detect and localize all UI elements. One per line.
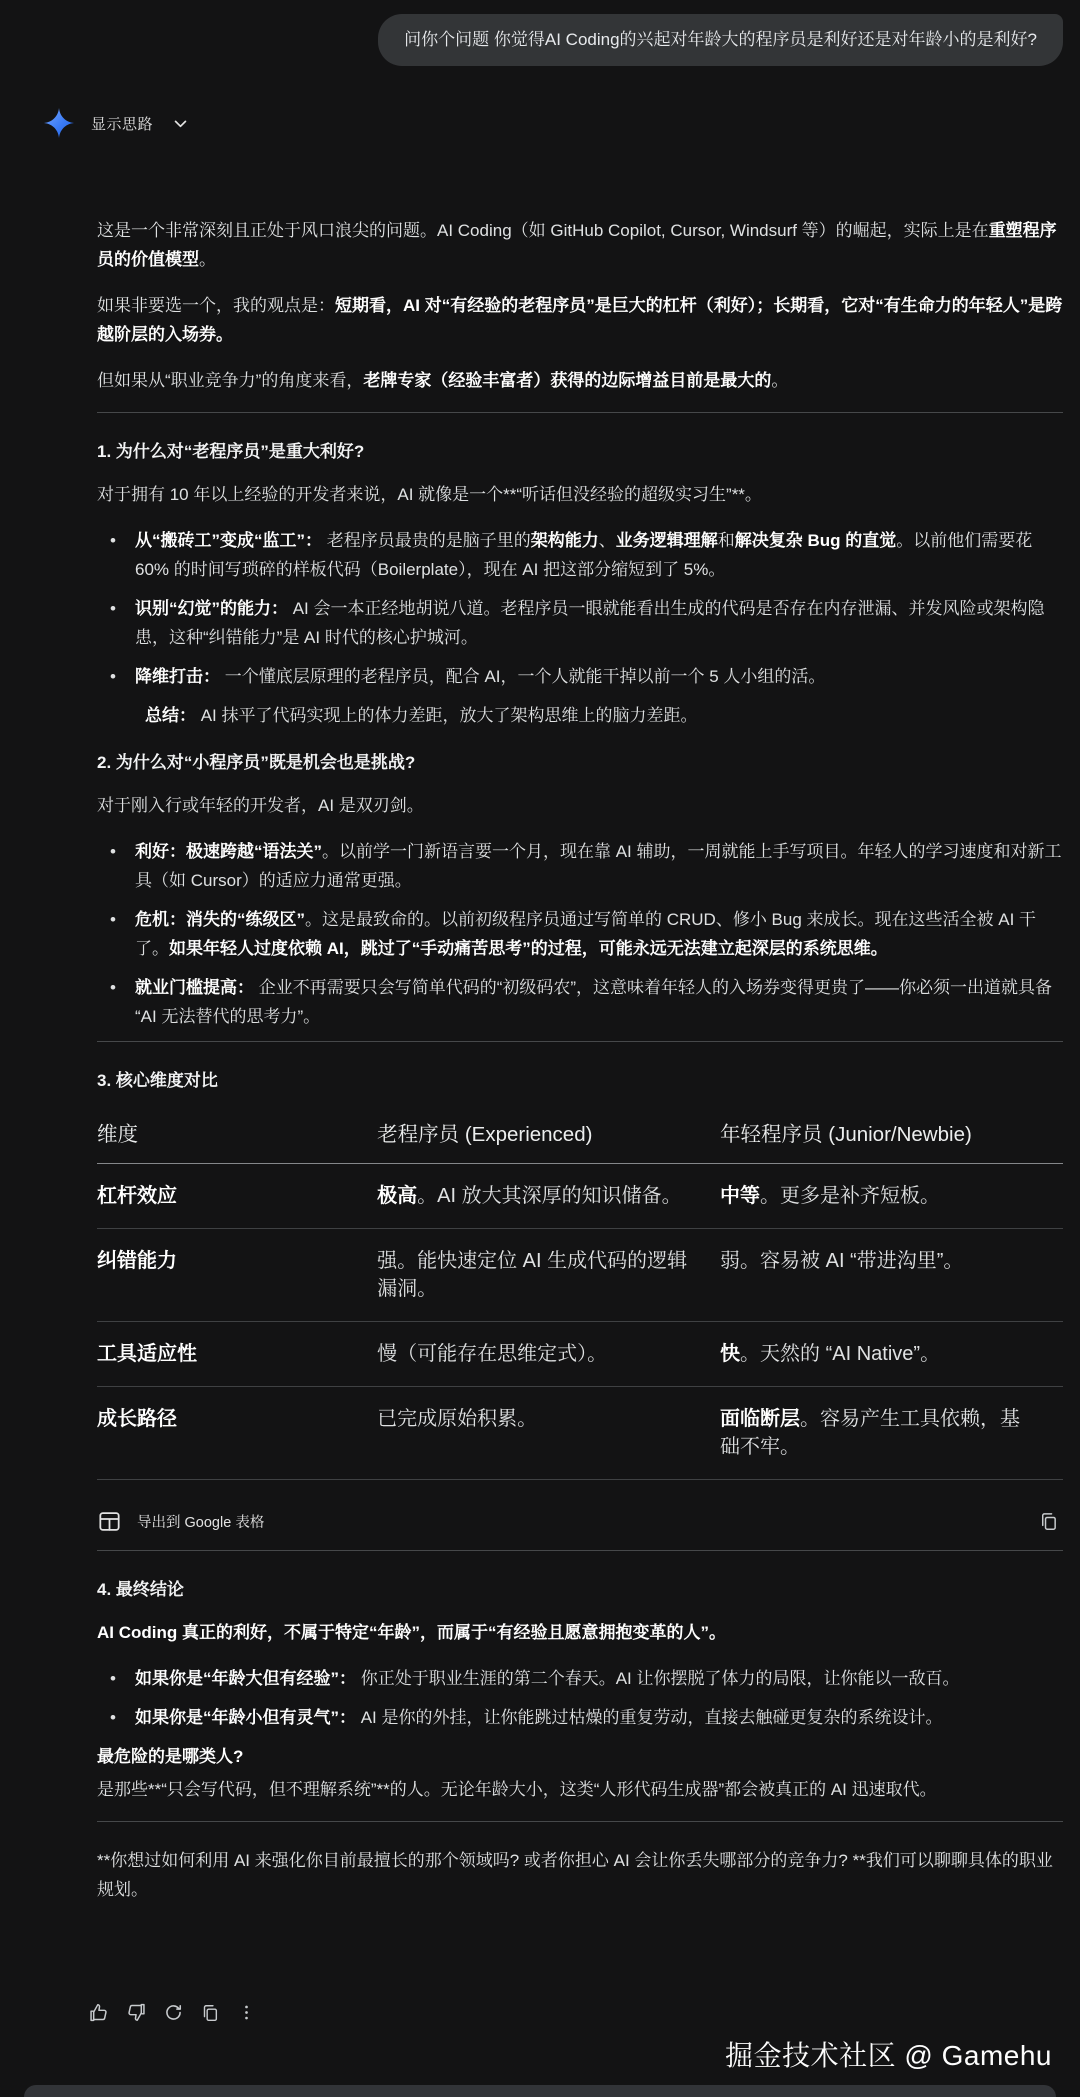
list-item: •降维打击： 一个懂底层原理的老程序员，配合 AI，一个人就能干掉以前一个 5 … — [97, 662, 1063, 691]
chevron-down-icon — [172, 115, 189, 132]
paragraph: **你想过如何利用 AI 来强化你目前最擅长的那个领域吗? 或者你担心 AI 会… — [97, 1846, 1063, 1904]
paragraph: 是那些**“只会写代码，但不理解系统”**的人。无论年龄大小，这类“人形代码生成… — [97, 1775, 1063, 1804]
text: 是那些**“只会写代码，但不理解系统”**的人。无论年龄大小，这类“人形代码生成… — [97, 1780, 937, 1799]
bold-text: 中等 — [720, 1185, 760, 1207]
text: 。 — [771, 371, 788, 390]
bold-text: 工具适应性 — [97, 1343, 197, 1365]
bold-text: 危机：消失的“练级区” — [135, 910, 305, 929]
list-item-text: 如果你是“年龄大但有经验”： 你正处于职业生涯的第二个春天。AI 让你摆脱了体力… — [135, 1664, 1063, 1693]
comparison-table: 维度老程序员 (Experienced)年轻程序员 (Junior/Newbie… — [97, 1109, 1063, 1480]
bold-text: 如果年轻人过度依赖 AI，跳过了“手动痛苦思考”的过程，可能永远无法建立起深层的… — [169, 939, 888, 958]
bullet-dot: • — [97, 526, 135, 584]
table-cell: 弱。容易被 AI “带进沟里”。 — [720, 1229, 1063, 1322]
table-body: 杠杆效应极高。AI 放大其深厚的知识储备。中等。更多是补齐短板。纠错能力强。能快… — [97, 1164, 1063, 1480]
list-item-text: 如果你是“年龄小但有灵气”： AI 是你的外挂，让你能跳过枯燥的重复劳动，直接去… — [135, 1703, 1063, 1732]
copy-table-button[interactable] — [1034, 1507, 1063, 1536]
paragraph: 但如果从“职业竞争力”的角度来看，老牌专家（经验丰富者）获得的边际增益目前是最大… — [97, 366, 1063, 395]
bold-text: 降维打击： — [135, 667, 220, 686]
bullet-dot: • — [97, 1664, 135, 1693]
table-cell: 面临断层。容易产生工具依赖，基础不牢。 — [720, 1387, 1063, 1480]
table-cell: 极高。AI 放大其深厚的知识储备。 — [377, 1164, 720, 1229]
table-header-cell: 维度 — [97, 1109, 377, 1164]
list-item: •识别“幻觉”的能力： AI 会一本正经地胡说八道。老程序员一眼就能看出生成的代… — [97, 594, 1063, 652]
bold-text: 老牌专家（经验丰富者）获得的边际增益目前是最大的 — [363, 371, 771, 390]
paragraph: 最危险的是哪类人? — [97, 1742, 1063, 1771]
table-head: 维度老程序员 (Experienced)年轻程序员 (Junior/Newbie… — [97, 1109, 1063, 1164]
section-heading: 1. 为什么对“老程序员”是重大利好? — [97, 437, 1063, 466]
paragraph: AI Coding 真正的利好，不属于特定“年龄”，而属于“有经验且愿意拥抱变革… — [97, 1618, 1063, 1647]
table-cell: 快。天然的 “AI Native”。 — [720, 1322, 1063, 1387]
show-thinking-label: 显示思路 — [91, 113, 153, 134]
bold-text: AI Coding 真正的利好，不属于特定“年龄”，而属于“有经验且愿意拥抱变革… — [97, 1623, 726, 1642]
paragraph: 对于拥有 10 年以上经验的开发者来说，AI 就像是一个**“听话但没经验的超级… — [97, 480, 1063, 509]
text: **你想过如何利用 AI 来强化你目前最擅长的那个领域吗? 或者你担心 AI 会… — [97, 1851, 1053, 1899]
section-divider — [97, 412, 1063, 413]
table-cell: 强。能快速定位 AI 生成代码的逻辑漏洞。 — [377, 1229, 720, 1322]
bold-text: 从“搬砖工”变成“监工”： — [135, 531, 322, 550]
paragraph: 如果非要选一个，我的观点是：短期看，AI 对“有经验的老程序员”是巨大的杠杆（利… — [97, 291, 1063, 349]
text: 。天然的 “AI Native”。 — [740, 1343, 940, 1365]
text: 老程序员最贵的是脑子里的 — [322, 531, 531, 550]
bold-text: 就业门槛提高： — [135, 978, 254, 997]
list-item: •从“搬砖工”变成“监工”： 老程序员最贵的是脑子里的架构能力、业务逻辑理解和解… — [97, 526, 1063, 584]
table-cell: 纠错能力 — [97, 1229, 377, 1322]
text: 已完成原始积累。 — [377, 1408, 537, 1430]
community-watermark: 掘金技术社区 @ Gamehu — [725, 2034, 1052, 2074]
section-divider — [97, 1550, 1063, 1551]
text: 。AI 放大其深厚的知识储备。 — [417, 1185, 681, 1207]
response-body-bottom: 4. 最终结论AI Coding 真正的利好，不属于特定“年龄”，而属于“有经验… — [97, 1550, 1063, 1904]
text: 。更多是补齐短板。 — [760, 1185, 940, 1207]
bullet-dot: • — [97, 837, 135, 895]
bold-text: 总结： — [145, 706, 196, 725]
bold-text: 杠杆效应 — [97, 1185, 177, 1207]
bold-text: 解决复杂 Bug 的直觉 — [735, 531, 897, 550]
table-cell: 中等。更多是补齐短板。 — [720, 1164, 1063, 1229]
copy-icon — [1038, 1511, 1059, 1532]
response-action-bar — [86, 2000, 258, 2025]
bullet-list: •从“搬砖工”变成“监工”： 老程序员最贵的是脑子里的架构能力、业务逻辑理解和解… — [97, 526, 1063, 691]
table-cell: 已完成原始积累。 — [377, 1387, 720, 1480]
text: 弱。容易被 AI “带进沟里”。 — [720, 1250, 963, 1272]
bold-text: 架构能力 — [531, 531, 599, 550]
list-item-text: 就业门槛提高： 企业不再需要只会写简单代码的“初级码农”，这意味着年轻人的入场券… — [135, 973, 1063, 1031]
table-row: 杠杆效应极高。AI 放大其深厚的知识储备。中等。更多是补齐短板。 — [97, 1164, 1063, 1229]
table-toolbar: 导出到 Google 表格 — [97, 1500, 1063, 1542]
more-options-button[interactable] — [235, 2001, 258, 2024]
assistant-response: 这是一个非常深刻且正处于风口浪尖的问题。AI Coding（如 GitHub C… — [97, 216, 1063, 1921]
list-item: •危机：消失的“练级区”。这是最致命的。以前初级程序员通过写简单的 CRUD、修… — [97, 905, 1063, 963]
user-message-text: 问你个问题 你觉得AI Coding的兴起对年龄大的程序员是利好还是对年龄小的是… — [404, 30, 1037, 49]
table-header-cell: 年轻程序员 (Junior/Newbie) — [720, 1109, 1063, 1164]
list-item-text: 利好：极速跨越“语法关”。以前学一门新语言要一个月，现在靠 AI 辅助，一周就能… — [135, 837, 1063, 895]
text: 这是一个非常深刻且正处于风口浪尖的问题。AI Coding（如 GitHub C… — [97, 221, 989, 240]
list-item-text: 从“搬砖工”变成“监工”： 老程序员最贵的是脑子里的架构能力、业务逻辑理解和解决… — [135, 526, 1063, 584]
bullet-dot: • — [97, 594, 135, 652]
section-heading: 3. 核心维度对比 — [97, 1066, 1063, 1095]
bold-text: 成长路径 — [97, 1408, 177, 1430]
chat-input-strip[interactable] — [24, 2085, 1056, 2097]
bold-text: 识别“幻觉”的能力： — [135, 599, 288, 618]
bullet-list: •利好：极速跨越“语法关”。以前学一门新语言要一个月，现在靠 AI 辅助，一周就… — [97, 837, 1063, 1031]
bullet-dot: • — [97, 662, 135, 691]
text: AI 是你的外挂，让你能跳过枯燥的重复劳动，直接去触碰更复杂的系统设计。 — [356, 1708, 943, 1727]
list-item-text: 识别“幻觉”的能力： AI 会一本正经地胡说八道。老程序员一眼就能看出生成的代码… — [135, 594, 1063, 652]
text: 如果非要选一个，我的观点是： — [97, 296, 335, 315]
bullet-list: •如果你是“年龄大但有经验”： 你正处于职业生涯的第二个春天。AI 让你摆脱了体… — [97, 1664, 1063, 1732]
table-cell: 慢（可能存在思维定式）。 — [377, 1322, 720, 1387]
thumb-up-icon — [88, 2002, 109, 2023]
copy-icon — [200, 2003, 220, 2023]
list-item: •如果你是“年龄小但有灵气”： AI 是你的外挂，让你能跳过枯燥的重复劳动，直接… — [97, 1703, 1063, 1732]
bullet-dot: • — [97, 905, 135, 963]
table-header-row: 维度老程序员 (Experienced)年轻程序员 (Junior/Newbie… — [97, 1109, 1063, 1164]
bold-text: 纠错能力 — [97, 1250, 177, 1272]
export-to-sheets-button[interactable]: 导出到 Google 表格 — [97, 1509, 264, 1534]
refresh-icon — [164, 2003, 183, 2022]
response-body-top: 这是一个非常深刻且正处于风口浪尖的问题。AI Coding（如 GitHub C… — [97, 216, 1063, 1480]
text: 你正处于职业生涯的第二个春天。AI 让你摆脱了体力的局限，让你能以一敌百。 — [356, 1669, 960, 1688]
bullet-dot: • — [97, 1703, 135, 1732]
text: 强。能快速定位 AI 生成代码的逻辑漏洞。 — [377, 1250, 687, 1300]
thumb-down-button[interactable] — [124, 2000, 149, 2025]
bold-text: 如果你是“年龄大但有经验”： — [135, 1669, 356, 1688]
table-cell: 杠杆效应 — [97, 1164, 377, 1229]
list-item: •如果你是“年龄大但有经验”： 你正处于职业生涯的第二个春天。AI 让你摆脱了体… — [97, 1664, 1063, 1693]
text: 对于拥有 10 年以上经验的开发者来说，AI 就像是一个**“听话但没经验的超级… — [97, 485, 762, 504]
text: 一个懂底层原理的老程序员，配合 AI，一个人就能干掉以前一个 5 人小组的活。 — [220, 667, 825, 686]
show-thinking-toggle[interactable]: 显示思路 — [44, 108, 189, 138]
bold-text: 业务逻辑理解 — [616, 531, 718, 550]
bold-text: 如果你是“年龄小但有灵气”： — [135, 1708, 356, 1727]
more-vert-icon — [237, 2003, 256, 2022]
bold-text: 最危险的是哪类人? — [97, 1747, 243, 1766]
text: 和 — [718, 531, 735, 550]
bullet-dot: • — [97, 973, 135, 1031]
paragraph: 这是一个非常深刻且正处于风口浪尖的问题。AI Coding（如 GitHub C… — [97, 216, 1063, 274]
user-message-bubble: 问你个问题 你觉得AI Coding的兴起对年龄大的程序员是利好还是对年龄小的是… — [378, 14, 1063, 66]
section-divider — [97, 1821, 1063, 1822]
export-to-sheets-label: 导出到 Google 表格 — [137, 1511, 264, 1532]
text: 但如果从“职业竞争力”的角度来看， — [97, 371, 363, 390]
section-heading: 2. 为什么对“小程序员”既是机会也是挑战? — [97, 748, 1063, 777]
table-cell: 成长路径 — [97, 1387, 377, 1480]
gemini-sparkle-icon — [44, 108, 74, 138]
text: 对于刚入行或年轻的开发者，AI 是双刃剑。 — [97, 796, 424, 815]
thumb-down-icon — [126, 2002, 147, 2023]
bold-text: 快 — [720, 1343, 740, 1365]
regenerate-button[interactable] — [162, 2001, 185, 2024]
paragraph: 对于刚入行或年轻的开发者，AI 是双刃剑。 — [97, 791, 1063, 820]
text: 、 — [599, 531, 616, 550]
list-item: •利好：极速跨越“语法关”。以前学一门新语言要一个月，现在靠 AI 辅助，一周就… — [97, 837, 1063, 895]
bold-text: 极高 — [377, 1185, 417, 1207]
bold-text: 面临断层 — [720, 1408, 800, 1430]
table-row: 工具适应性慢（可能存在思维定式）。快。天然的 “AI Native”。 — [97, 1322, 1063, 1387]
section-heading: 4. 最终结论 — [97, 1575, 1063, 1604]
text: 企业不再需要只会写简单代码的“初级码农”，这意味着年轻人的入场券变得更贵了——你… — [135, 978, 1052, 1026]
text: AI 抹平了代码实现上的体力差距，放大了架构思维上的脑力差距。 — [196, 706, 698, 725]
text: 。 — [199, 250, 216, 269]
table-cell: 工具适应性 — [97, 1322, 377, 1387]
table-header-cell: 老程序员 (Experienced) — [377, 1109, 720, 1164]
section-divider — [97, 1041, 1063, 1042]
list-item: •就业门槛提高： 企业不再需要只会写简单代码的“初级码农”，这意味着年轻人的入场… — [97, 973, 1063, 1031]
table-row: 成长路径已完成原始积累。面临断层。容易产生工具依赖，基础不牢。 — [97, 1387, 1063, 1480]
bold-text: 利好：极速跨越“语法关” — [135, 842, 322, 861]
list-item-text: 降维打击： 一个懂底层原理的老程序员，配合 AI，一个人就能干掉以前一个 5 人… — [135, 662, 1063, 691]
text: 慢（可能存在思维定式）。 — [377, 1343, 607, 1365]
thumb-up-button[interactable] — [86, 2000, 111, 2025]
table-grid-icon — [97, 1509, 122, 1534]
table-row: 纠错能力强。能快速定位 AI 生成代码的逻辑漏洞。弱。容易被 AI “带进沟里”… — [97, 1229, 1063, 1322]
list-item-text: 危机：消失的“练级区”。这是最致命的。以前初级程序员通过写简单的 CRUD、修小… — [135, 905, 1063, 963]
summary-note: 总结： AI 抹平了代码实现上的体力差距，放大了架构思维上的脑力差距。 — [145, 701, 1063, 730]
copy-response-button[interactable] — [198, 2001, 222, 2025]
